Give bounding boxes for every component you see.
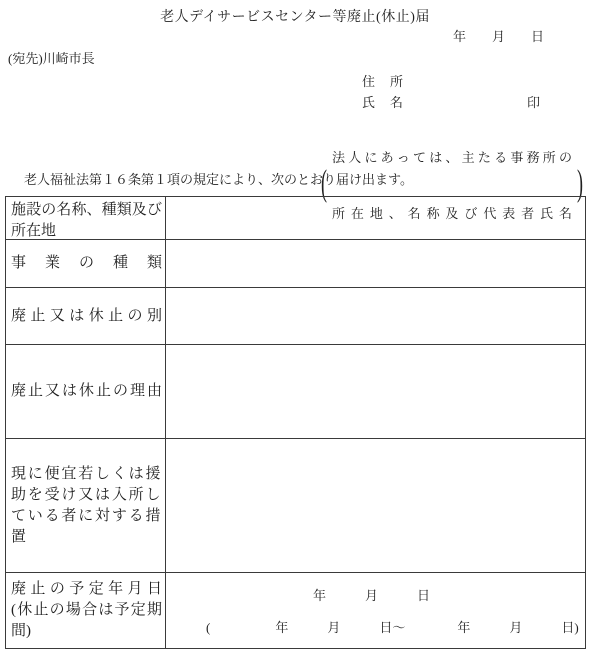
closure-or-suspension-label-cell: 廃止又は休止の別 bbox=[6, 288, 166, 344]
declaration-text: 老人福祉法第１６条第１項の規定により、次のとおり届け出ます。 bbox=[24, 169, 413, 188]
table-row-business-type: 事業の種類 bbox=[6, 239, 585, 287]
business-type-label: 事業の種類 bbox=[11, 253, 162, 274]
scheduled-date-label-cell: 廃止の予定年月日 (休止の場合は予定期間) bbox=[6, 573, 166, 648]
closure-or-suspension-label: 廃止又は休止の別 bbox=[11, 306, 162, 327]
facility-label: 施設の名称、種類及び所在地 bbox=[11, 200, 162, 239]
business-type-label-cell: 事業の種類 bbox=[6, 240, 166, 287]
closure-or-suspension-value-cell bbox=[166, 288, 585, 344]
table-row-closure-or-suspension: 廃止又は休止の別 bbox=[6, 287, 585, 344]
scheduled-date-placeholder: 年 月 日 bbox=[166, 585, 585, 604]
corporate-note-line1: 法人にあっては、主たる事務所の bbox=[332, 148, 572, 168]
submission-date-placeholder: 年 月 日 bbox=[453, 26, 544, 45]
reason-value-cell bbox=[166, 345, 585, 438]
measures-label: 現に便宜若しくは援助を受け又は入所している者に対する措置 bbox=[11, 464, 162, 548]
seal-mark: 印 bbox=[527, 92, 540, 111]
table-row-scheduled-date: 廃止の予定年月日 (休止の場合は予定期間) 年 月 日 ( 年 月 日～ 年 月… bbox=[6, 572, 585, 648]
table-row-reason: 廃止又は休止の理由 bbox=[6, 344, 585, 438]
measures-label-cell: 現に便宜若しくは援助を受け又は入所している者に対する措置 bbox=[6, 439, 166, 572]
business-type-value-cell bbox=[166, 240, 585, 287]
scheduled-date-label-line2: (休止の場合は予定期間) bbox=[11, 600, 162, 642]
facility-label-cell: 施設の名称、種類及び所在地 bbox=[6, 197, 166, 239]
table-row-facility: 施設の名称、種類及び所在地 bbox=[6, 197, 585, 239]
table-row-measures: 現に便宜若しくは援助を受け又は入所している者に対する措置 bbox=[6, 438, 585, 572]
reason-label: 廃止又は休止の理由 bbox=[11, 381, 162, 402]
measures-value-cell bbox=[166, 439, 585, 572]
page-title: 老人デイサービスセンター等廃止(休止)届 bbox=[0, 6, 590, 26]
scheduled-date-value-cell: 年 月 日 ( 年 月 日～ 年 月 日) bbox=[166, 573, 585, 648]
name-label: 氏 名 bbox=[362, 92, 404, 111]
addressee: (宛先)川崎市長 bbox=[8, 48, 95, 67]
reason-label-cell: 廃止又は休止の理由 bbox=[6, 345, 166, 438]
scheduled-date-label-line1: 廃止の予定年月日 bbox=[11, 579, 162, 600]
notification-table: 施設の名称、種類及び所在地 事業の種類 廃止又は休止の別 廃止又は休止の理由 現… bbox=[5, 196, 586, 649]
facility-value-cell bbox=[166, 197, 585, 239]
address-label: 住 所 bbox=[362, 71, 404, 90]
suspension-period-placeholder: ( 年 月 日～ 年 月 日) bbox=[166, 617, 585, 636]
